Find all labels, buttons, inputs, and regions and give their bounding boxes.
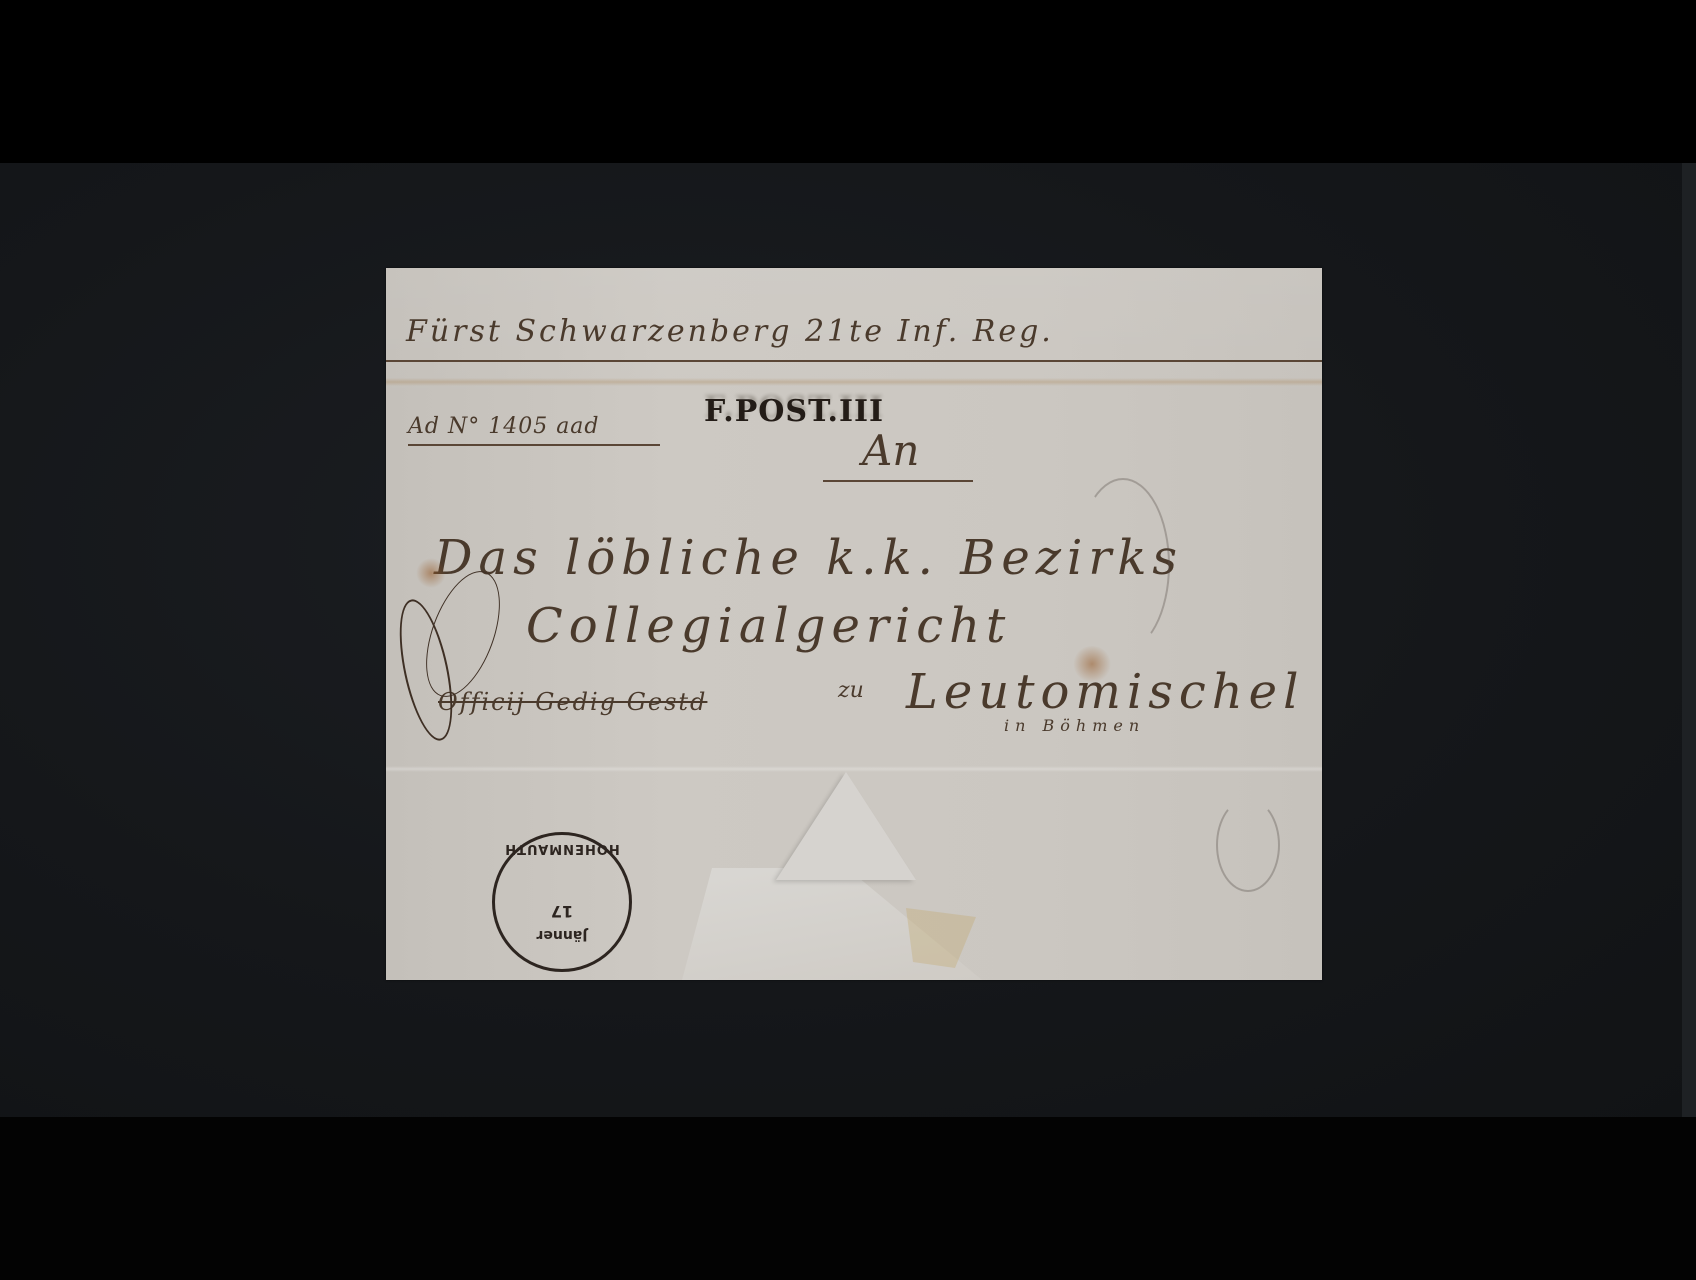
- folded-flap: [776, 772, 916, 880]
- postmark-town: HOHENMAUTH: [495, 841, 629, 856]
- reference-underline: [408, 444, 660, 446]
- letter-cover: Fürst Schwarzenberg 21te Inf. Reg. Ad N°…: [386, 268, 1322, 980]
- bottom-black-band: [0, 1117, 1696, 1280]
- faint-pencil-mark: [1076, 478, 1170, 652]
- salutation-underline: [823, 480, 973, 482]
- postmark-month: Jänner: [495, 927, 629, 943]
- foxing-stain: [416, 558, 446, 588]
- postmark-day: 17: [495, 902, 629, 921]
- struck-through-text: Officij Gedig Gestd: [438, 688, 707, 716]
- salutation: An: [862, 426, 919, 475]
- tape-residue: [906, 908, 976, 968]
- backdrop-edge: [1682, 163, 1696, 1117]
- hohenmauth-postmark: Jänner 17 HOHENMAUTH: [492, 832, 632, 972]
- address-preposition: zu: [838, 678, 864, 703]
- field-post-mark: F.POST.III: [704, 394, 884, 429]
- sender-line: Fürst Schwarzenberg 21te Inf. Reg.: [406, 314, 1054, 349]
- foxing-stain-2: [1072, 646, 1112, 682]
- address-line-1: Das löbliche k.k. Bezirks: [434, 530, 1183, 586]
- faint-pencil-mark-2: [1216, 798, 1280, 892]
- fold-crease: [386, 378, 1322, 386]
- address-line-2: Collegialgericht: [526, 598, 1011, 654]
- sender-underline: [386, 360, 1322, 362]
- destination-region: in Böhmen: [1004, 716, 1145, 735]
- reference-number: Ad N° 1405 aad: [408, 414, 600, 439]
- top-black-band: [0, 0, 1696, 163]
